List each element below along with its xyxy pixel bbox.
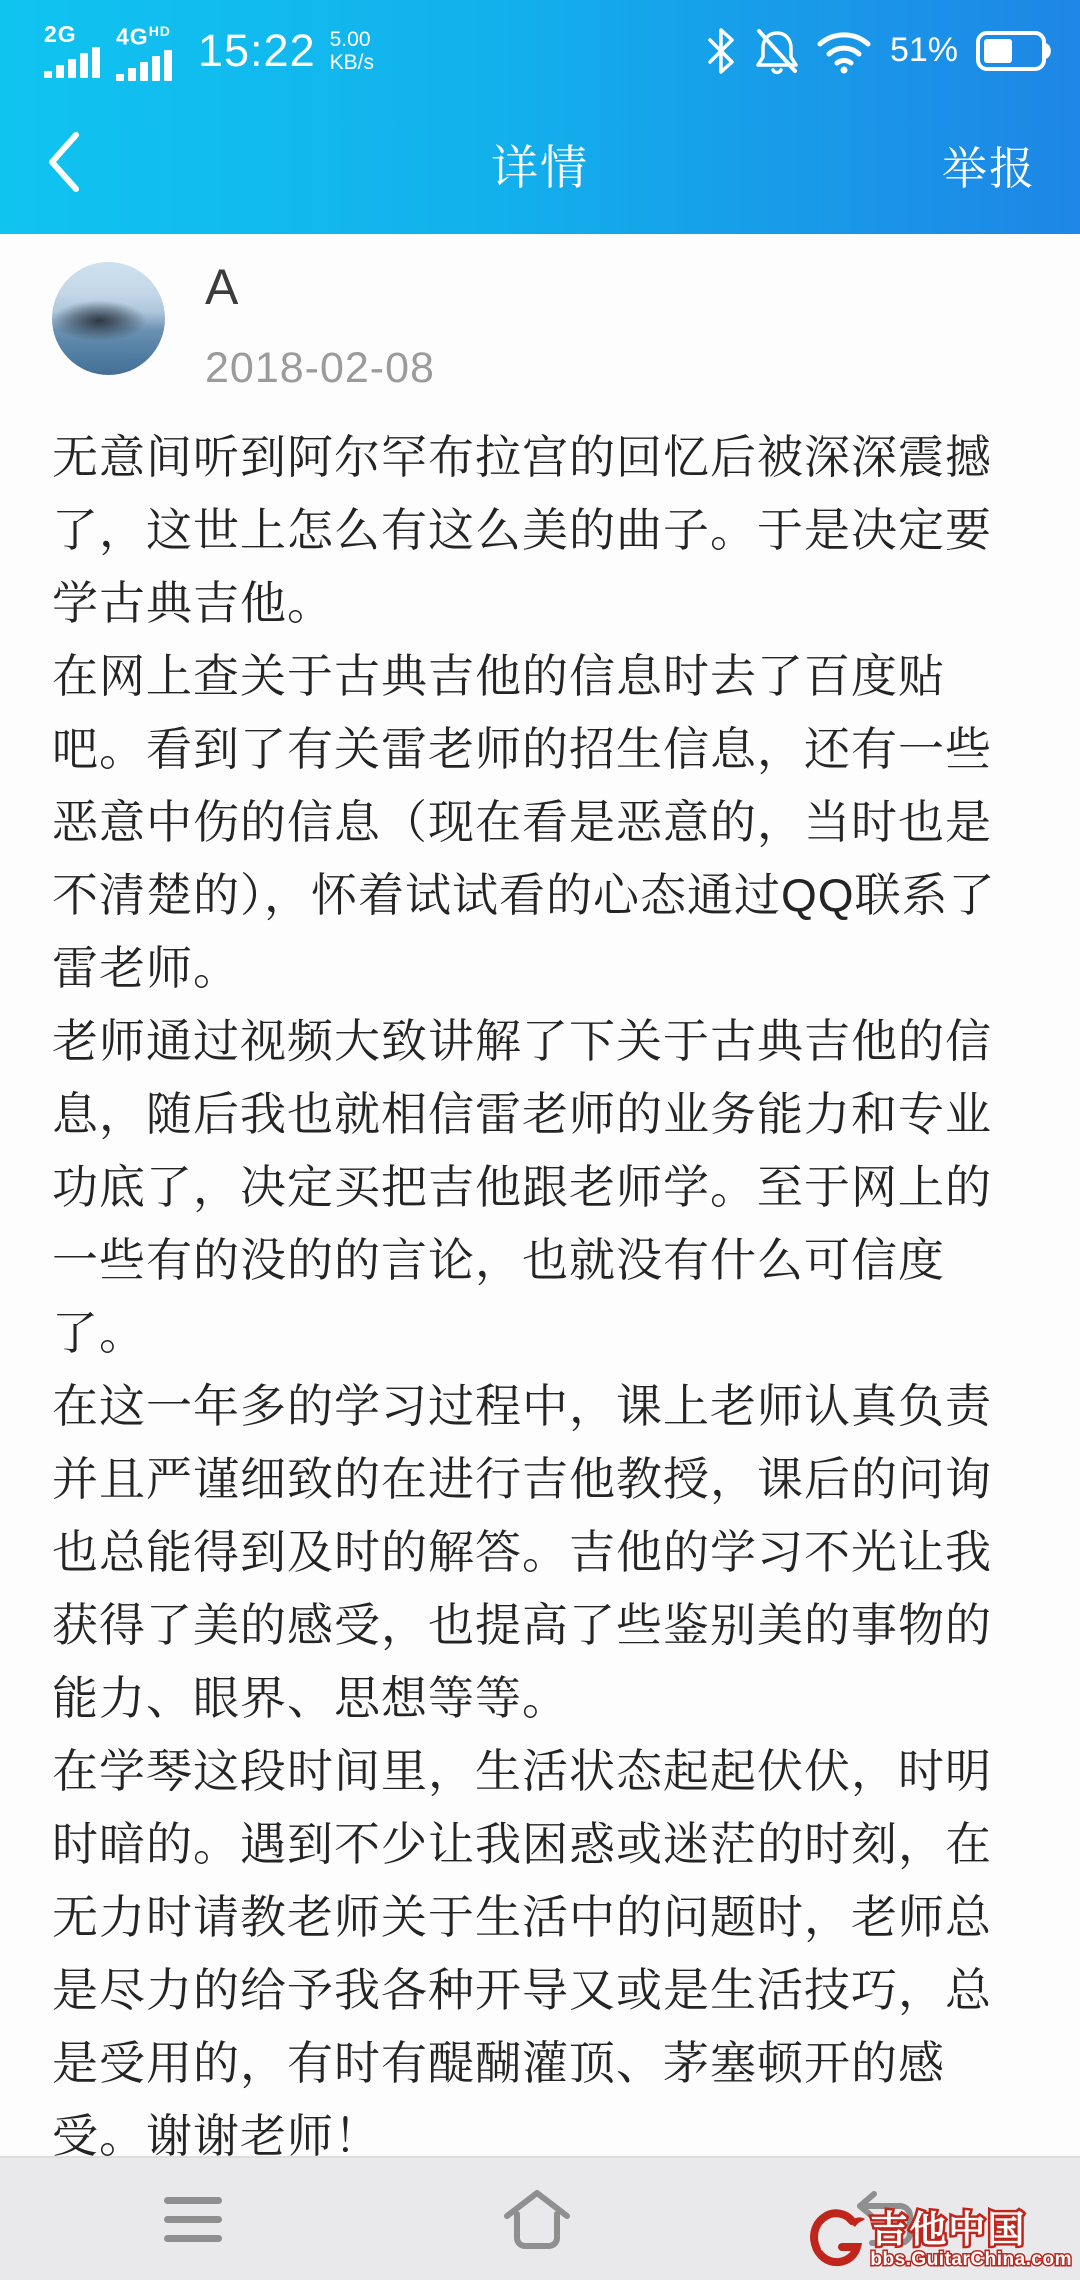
status-right-cluster: 51%	[704, 27, 1054, 75]
page-title: 详情	[0, 131, 1080, 198]
post-body: 无意间听到阿尔罕布拉宫的回忆后被深深震撼了，这世上怎么有这么美的曲子。于是决定要…	[52, 421, 1032, 2173]
author-row: A 2018-02-08	[52, 258, 1030, 393]
report-button[interactable]: 举报	[942, 132, 1036, 197]
signal-4g: 4GHD	[116, 20, 172, 81]
clock: 15:22	[198, 25, 316, 77]
nav-bar: 吉他中国 bbs.GuitarChina.com	[0, 2156, 1080, 2280]
menu-button[interactable]	[160, 2191, 226, 2247]
watermark-subtitle: bbs.GuitarChina.com	[870, 2249, 1072, 2271]
avatar[interactable]	[52, 262, 165, 375]
app-bar: 详情 举报	[0, 95, 1080, 234]
menu-icon	[160, 2191, 226, 2247]
back-button[interactable]	[44, 129, 84, 200]
hd-badge: HD	[149, 23, 171, 39]
network-type-label: 4GHD	[116, 20, 171, 48]
top-chrome: 2G 4GHD 15:22 5.00 KB/s	[0, 0, 1080, 234]
wifi-icon	[816, 28, 872, 74]
battery-percent: 51%	[890, 31, 958, 70]
signal-bars-icon	[116, 50, 172, 81]
author-name: A	[205, 260, 435, 314]
network-type-label: 2G	[44, 23, 77, 45]
status-left-cluster: 2G 4GHD 15:22 5.00 KB/s	[44, 20, 374, 81]
home-icon	[499, 2188, 575, 2250]
bluetooth-icon	[704, 27, 738, 75]
battery-icon	[976, 30, 1054, 72]
chevron-left-icon	[44, 129, 84, 200]
status-bar: 2G 4GHD 15:22 5.00 KB/s	[0, 0, 1080, 95]
screen: 2G 4GHD 15:22 5.00 KB/s	[0, 0, 1080, 2280]
post-detail: A 2018-02-08 无意间听到阿尔罕布拉宫的回忆后被深深震撼了，这世上怎么…	[0, 234, 1080, 2158]
post-date: 2018-02-08	[205, 344, 435, 393]
author-meta: A 2018-02-08	[205, 258, 435, 393]
back-icon	[848, 2189, 920, 2249]
notifications-off-icon	[754, 27, 800, 75]
network-speed: 5.00 KB/s	[330, 28, 374, 74]
home-button[interactable]	[499, 2188, 575, 2250]
signal-bars-icon	[44, 47, 100, 78]
nav-back-button[interactable]	[848, 2189, 920, 2249]
signal-2g: 2G	[44, 23, 100, 78]
